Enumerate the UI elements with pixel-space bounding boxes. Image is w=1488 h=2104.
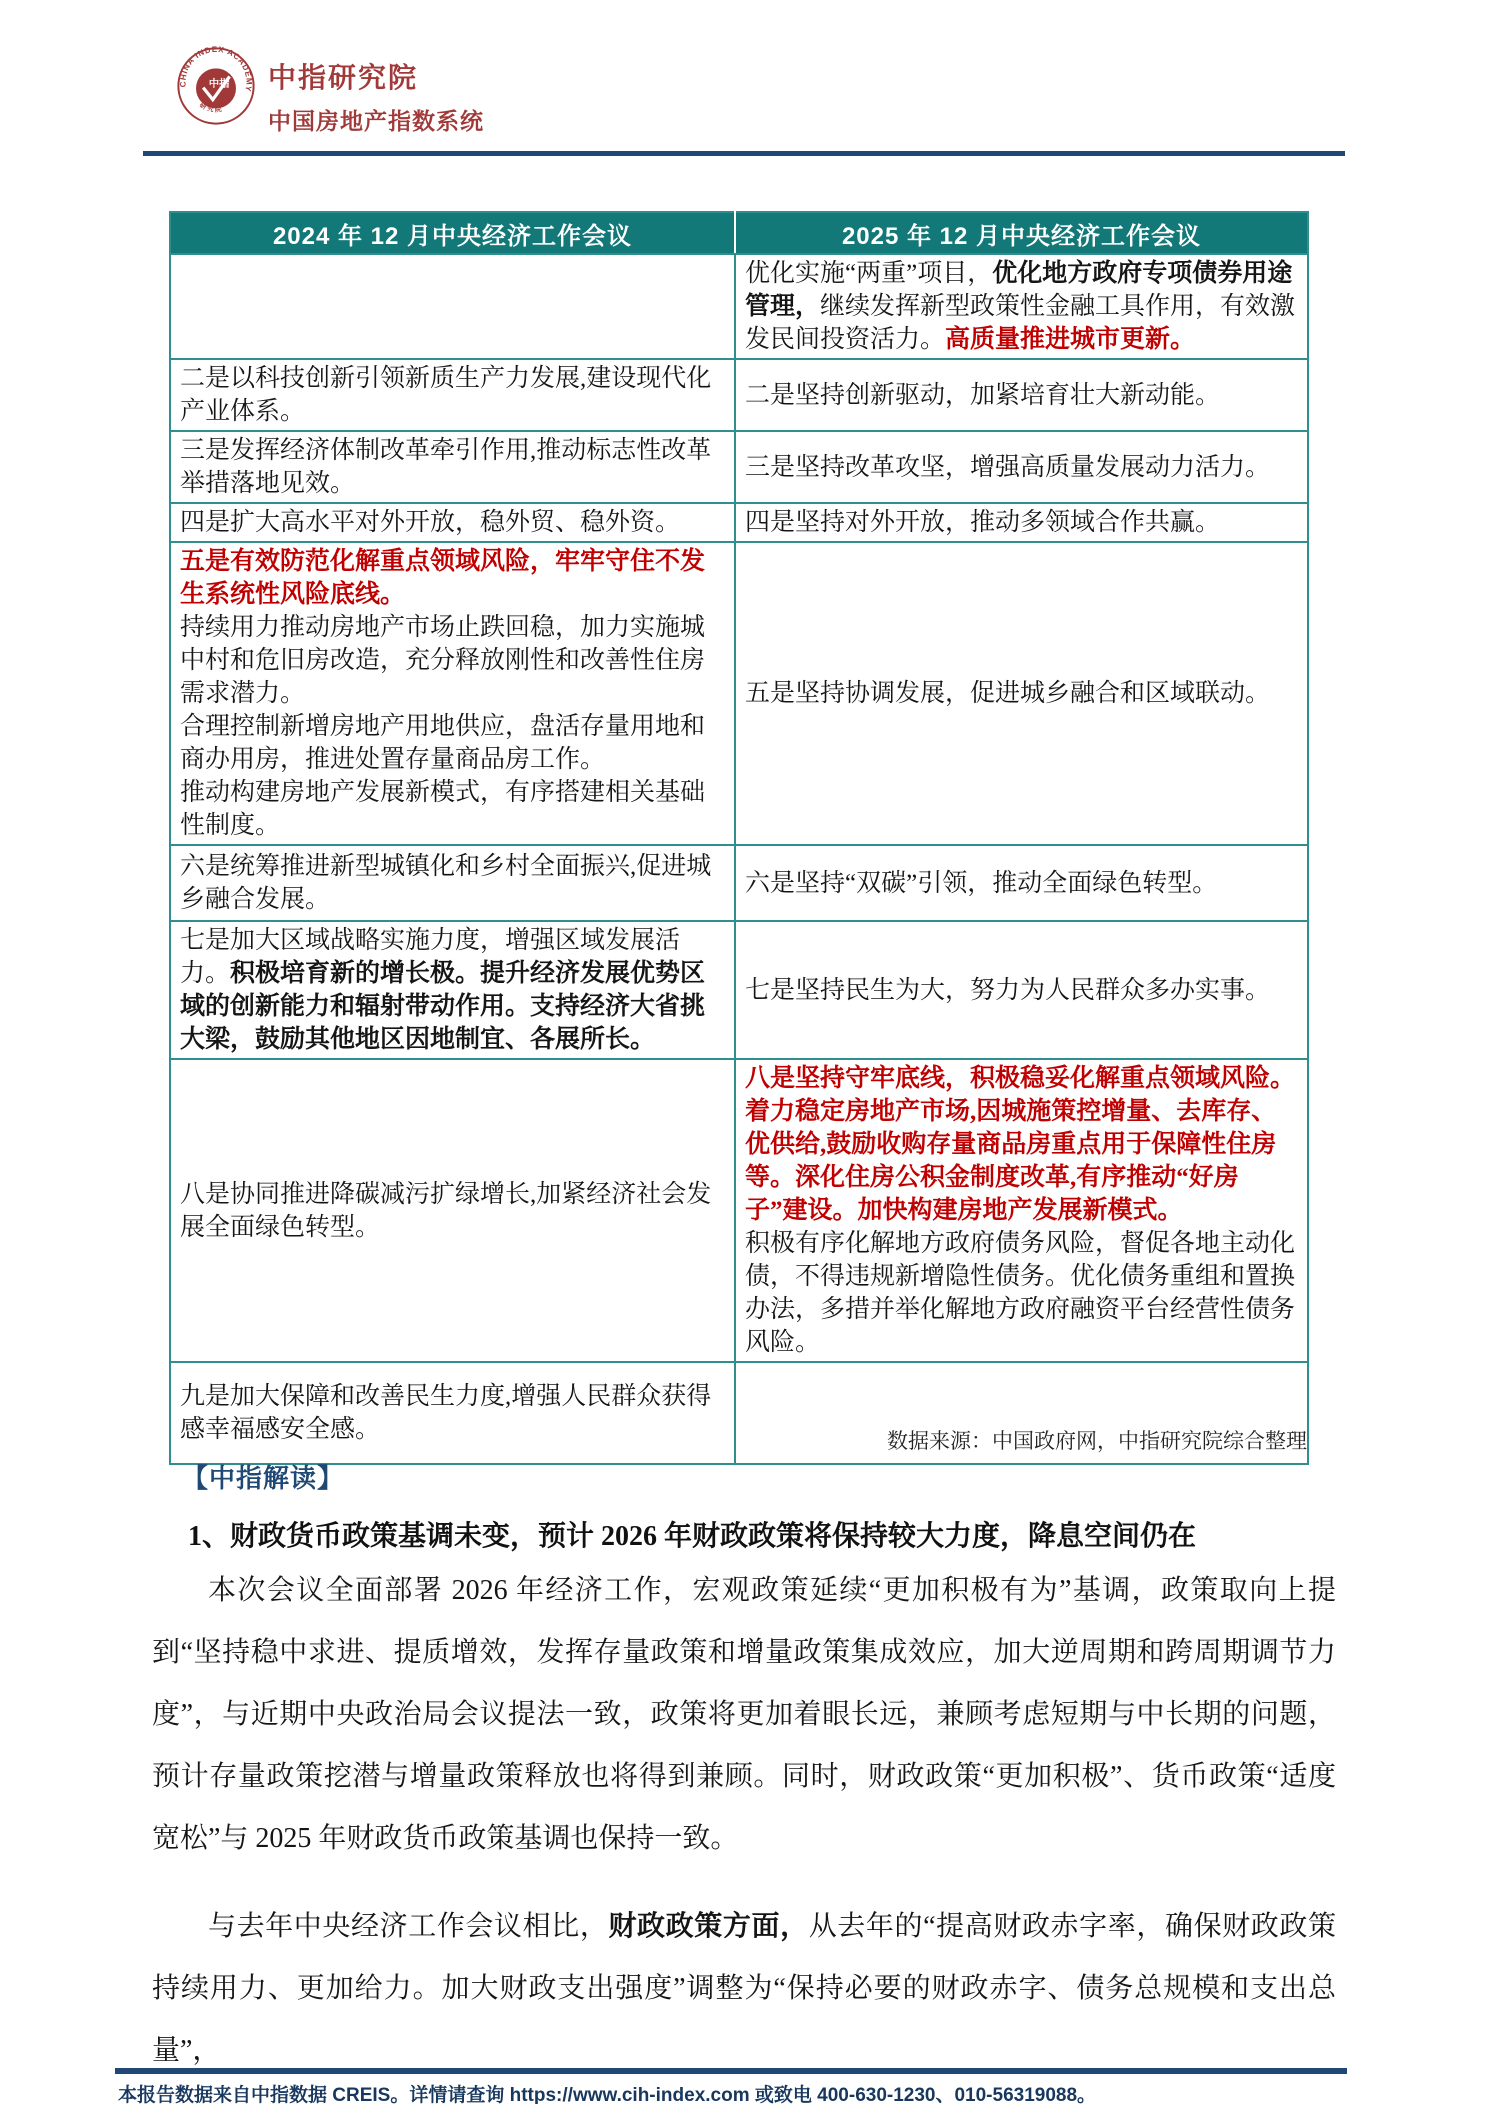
table-header-2025: 2025 年 12 月中央经济工作会议 <box>735 212 1308 254</box>
watermark-text-en: CREIS <box>628 38 699 94</box>
watermark-text-en: CREIS <box>1408 498 1479 554</box>
table-row: 二是以科技创新引领新质生产力发展,建设现代化产业体系。 二是坚持创新驱动，加紧培… <box>170 359 1308 431</box>
analysis-paragraphs: 本次会议全面部署 2026 年经济工作，宏观政策延续“更加积极有为”基调，政策取… <box>152 1560 1336 2082</box>
watermark-text-en: CREIS <box>1408 993 1479 1049</box>
section-label: 【中指解读】 <box>182 1458 344 1495</box>
cell-2025-row8: 八是坚持守牢底线，积极稳妥化解重点领域风险。着力稳定房地产市场,因城施策控增量、… <box>735 1059 1308 1362</box>
watermark-text: 中指数据 <box>617 21 691 81</box>
cell-2024-row2: 二是以科技创新引领新质生产力发展,建设现代化产业体系。 <box>170 359 735 431</box>
watermark-text-en: CREIS <box>0 643 69 699</box>
watermark-small: 中指数据CREIS <box>1397 976 1480 1049</box>
cell-2025-row2: 二是坚持创新驱动，加紧培育壮大新动能。 <box>735 359 1308 431</box>
table-row: 八是协同推进降碳减污扩绿增长,加紧经济社会发展全面绿色转型。 八是坚持守牢底线，… <box>170 1059 1308 1362</box>
watermark-text-en: CREIS <box>1148 0 1219 54</box>
report-page: 中指研究院 中指数据CREIS 中指数据CREIS 中指数据CREIS 中指数据… <box>0 0 1488 2104</box>
cell-2025-row3: 三是坚持改革攻坚，增强高质量发展动力活力。 <box>735 431 1308 503</box>
watermark-text: 中指数据 <box>1397 976 1471 1036</box>
footer-note: 本报告数据来自中指数据 CREIS。详情请查询 https://www.cih-… <box>118 2080 1096 2104</box>
watermark-text: 中指数据 <box>1397 481 1471 541</box>
cell-2025-row7: 七是坚持民生为大，努力为人民群众多办实事。 <box>735 921 1308 1059</box>
watermark-text: 中指数据 <box>1397 1301 1471 1361</box>
table-header-row: 2024 年 12 月中央经济工作会议 2025 年 12 月中央经济工作会议 <box>170 212 1308 254</box>
cell-2024-row4: 四是扩大高水平对外开放，稳外贸、稳外资。 <box>170 503 735 542</box>
watermark-small: 中指数据CREIS <box>617 21 700 94</box>
brand-title: 中指研究院 <box>268 56 484 96</box>
table-row: 优化实施“两重”项目，优化地方政府专项债券用途管理，继续发挥新型政策性金融工具作… <box>170 254 1308 359</box>
cell-2024-row3: 三是发挥经济体制改革牵引作用,推动标志性改革举措落地见效。 <box>170 431 735 503</box>
watermark-text: 中指数据 <box>1401 2031 1475 2091</box>
watermark-text-en: CREIS <box>1408 724 1479 780</box>
watermark-text: 中指数据 <box>1397 707 1471 767</box>
watermark-small: 中指数据CREIS <box>1137 0 1220 54</box>
watermark-small: 中指数据CREIS <box>1401 2031 1484 2104</box>
cell-2024-row5: 五是有效防范化解重点领域风险，牢牢守住不发生系统性风险底线。持续用力推动房地产市… <box>170 542 735 845</box>
cell-2025-row4: 四是坚持对外开放，推动多领域合作共赢。 <box>735 503 1308 542</box>
china-index-academy-logo: CHINA INDEX ACADEMY 中指 研 究 院 <box>176 46 256 126</box>
watermark-text-en: CREIS <box>1408 76 1479 132</box>
watermark-small: 中指数据CREIS <box>0 626 69 699</box>
watermark-small: 中指数据CREIS <box>1397 1301 1480 1374</box>
section-heading: 1、财政货币政策基调未变，预计 2026 年财政政策将保持较大力度，降息空间仍在 <box>188 1514 1196 1554</box>
comparison-table: 2024 年 12 月中央经济工作会议 2025 年 12 月中央经济工作会议 … <box>169 211 1309 1465</box>
brand-subtitle: 中国房地产指数系统 <box>268 103 484 136</box>
brand-block: 中指研究院 中国房地产指数系统 <box>268 56 484 136</box>
table-row: 六是统筹推进新型城镇化和乡村全面振兴,促进城乡融合发展。 六是坚持“双碳”引领，… <box>170 845 1308 921</box>
cell-2024-row6: 六是统筹推进新型城镇化和乡村全面振兴,促进城乡融合发展。 <box>170 845 735 921</box>
cell-2025-row1: 优化实施“两重”项目，优化地方政府专项债券用途管理，继续发挥新型政策性金融工具作… <box>735 254 1308 359</box>
seal-center-text: 中指 <box>209 77 230 90</box>
watermark-text: 中指数据 <box>1137 0 1211 41</box>
data-source-note: 数据来源：中国政府网，中指研究院综合整理 <box>169 1425 1307 1455</box>
footer-rule <box>115 2068 1347 2074</box>
watermark-text: 中指数据 <box>1397 59 1471 119</box>
table-row: 四是扩大高水平对外开放，稳外贸、稳外资。 四是坚持对外开放，推动多领域合作共赢。 <box>170 503 1308 542</box>
watermark-text-en: CREIS <box>1408 1318 1479 1374</box>
watermark-small: 中指数据CREIS <box>1397 59 1480 132</box>
watermark-small: 中指数据CREIS <box>1397 1611 1480 1684</box>
cell-2024-row1 <box>170 254 735 359</box>
watermark-small: 中指数据CREIS <box>1397 481 1480 554</box>
header-rule <box>143 151 1345 156</box>
table-row: 五是有效防范化解重点领域风险，牢牢守住不发生系统性风险底线。持续用力推动房地产市… <box>170 542 1308 845</box>
watermark-text: 中指数据 <box>1397 1611 1471 1671</box>
cell-2024-row8: 八是协同推进降碳减污扩绿增长,加紧经济社会发展全面绿色转型。 <box>170 1059 735 1362</box>
watermark-text-en: CREIS <box>1408 1628 1479 1684</box>
cell-2024-row7: 七是加大区域战略实施力度，增强区域发展活力。积极培育新的增长极。提升经济发展优势… <box>170 921 735 1059</box>
table-header-2024: 2024 年 12 月中央经济工作会议 <box>170 212 735 254</box>
watermark-text: 中指数据 <box>0 626 60 686</box>
cell-2025-row5: 五是坚持协调发展，促进城乡融合和区域联动。 <box>735 542 1308 845</box>
cell-2025-row6: 六是坚持“双碳”引领，推动全面绿色转型。 <box>735 845 1308 921</box>
table-row: 三是发挥经济体制改革牵引作用,推动标志性改革举措落地见效。 三是坚持改革攻坚，增… <box>170 431 1308 503</box>
table-row: 七是加大区域战略实施力度，增强区域发展活力。积极培育新的增长极。提升经济发展优势… <box>170 921 1308 1059</box>
watermark-small: 中指数据CREIS <box>1397 707 1480 780</box>
watermark-text-en: CREIS <box>1412 2048 1483 2104</box>
